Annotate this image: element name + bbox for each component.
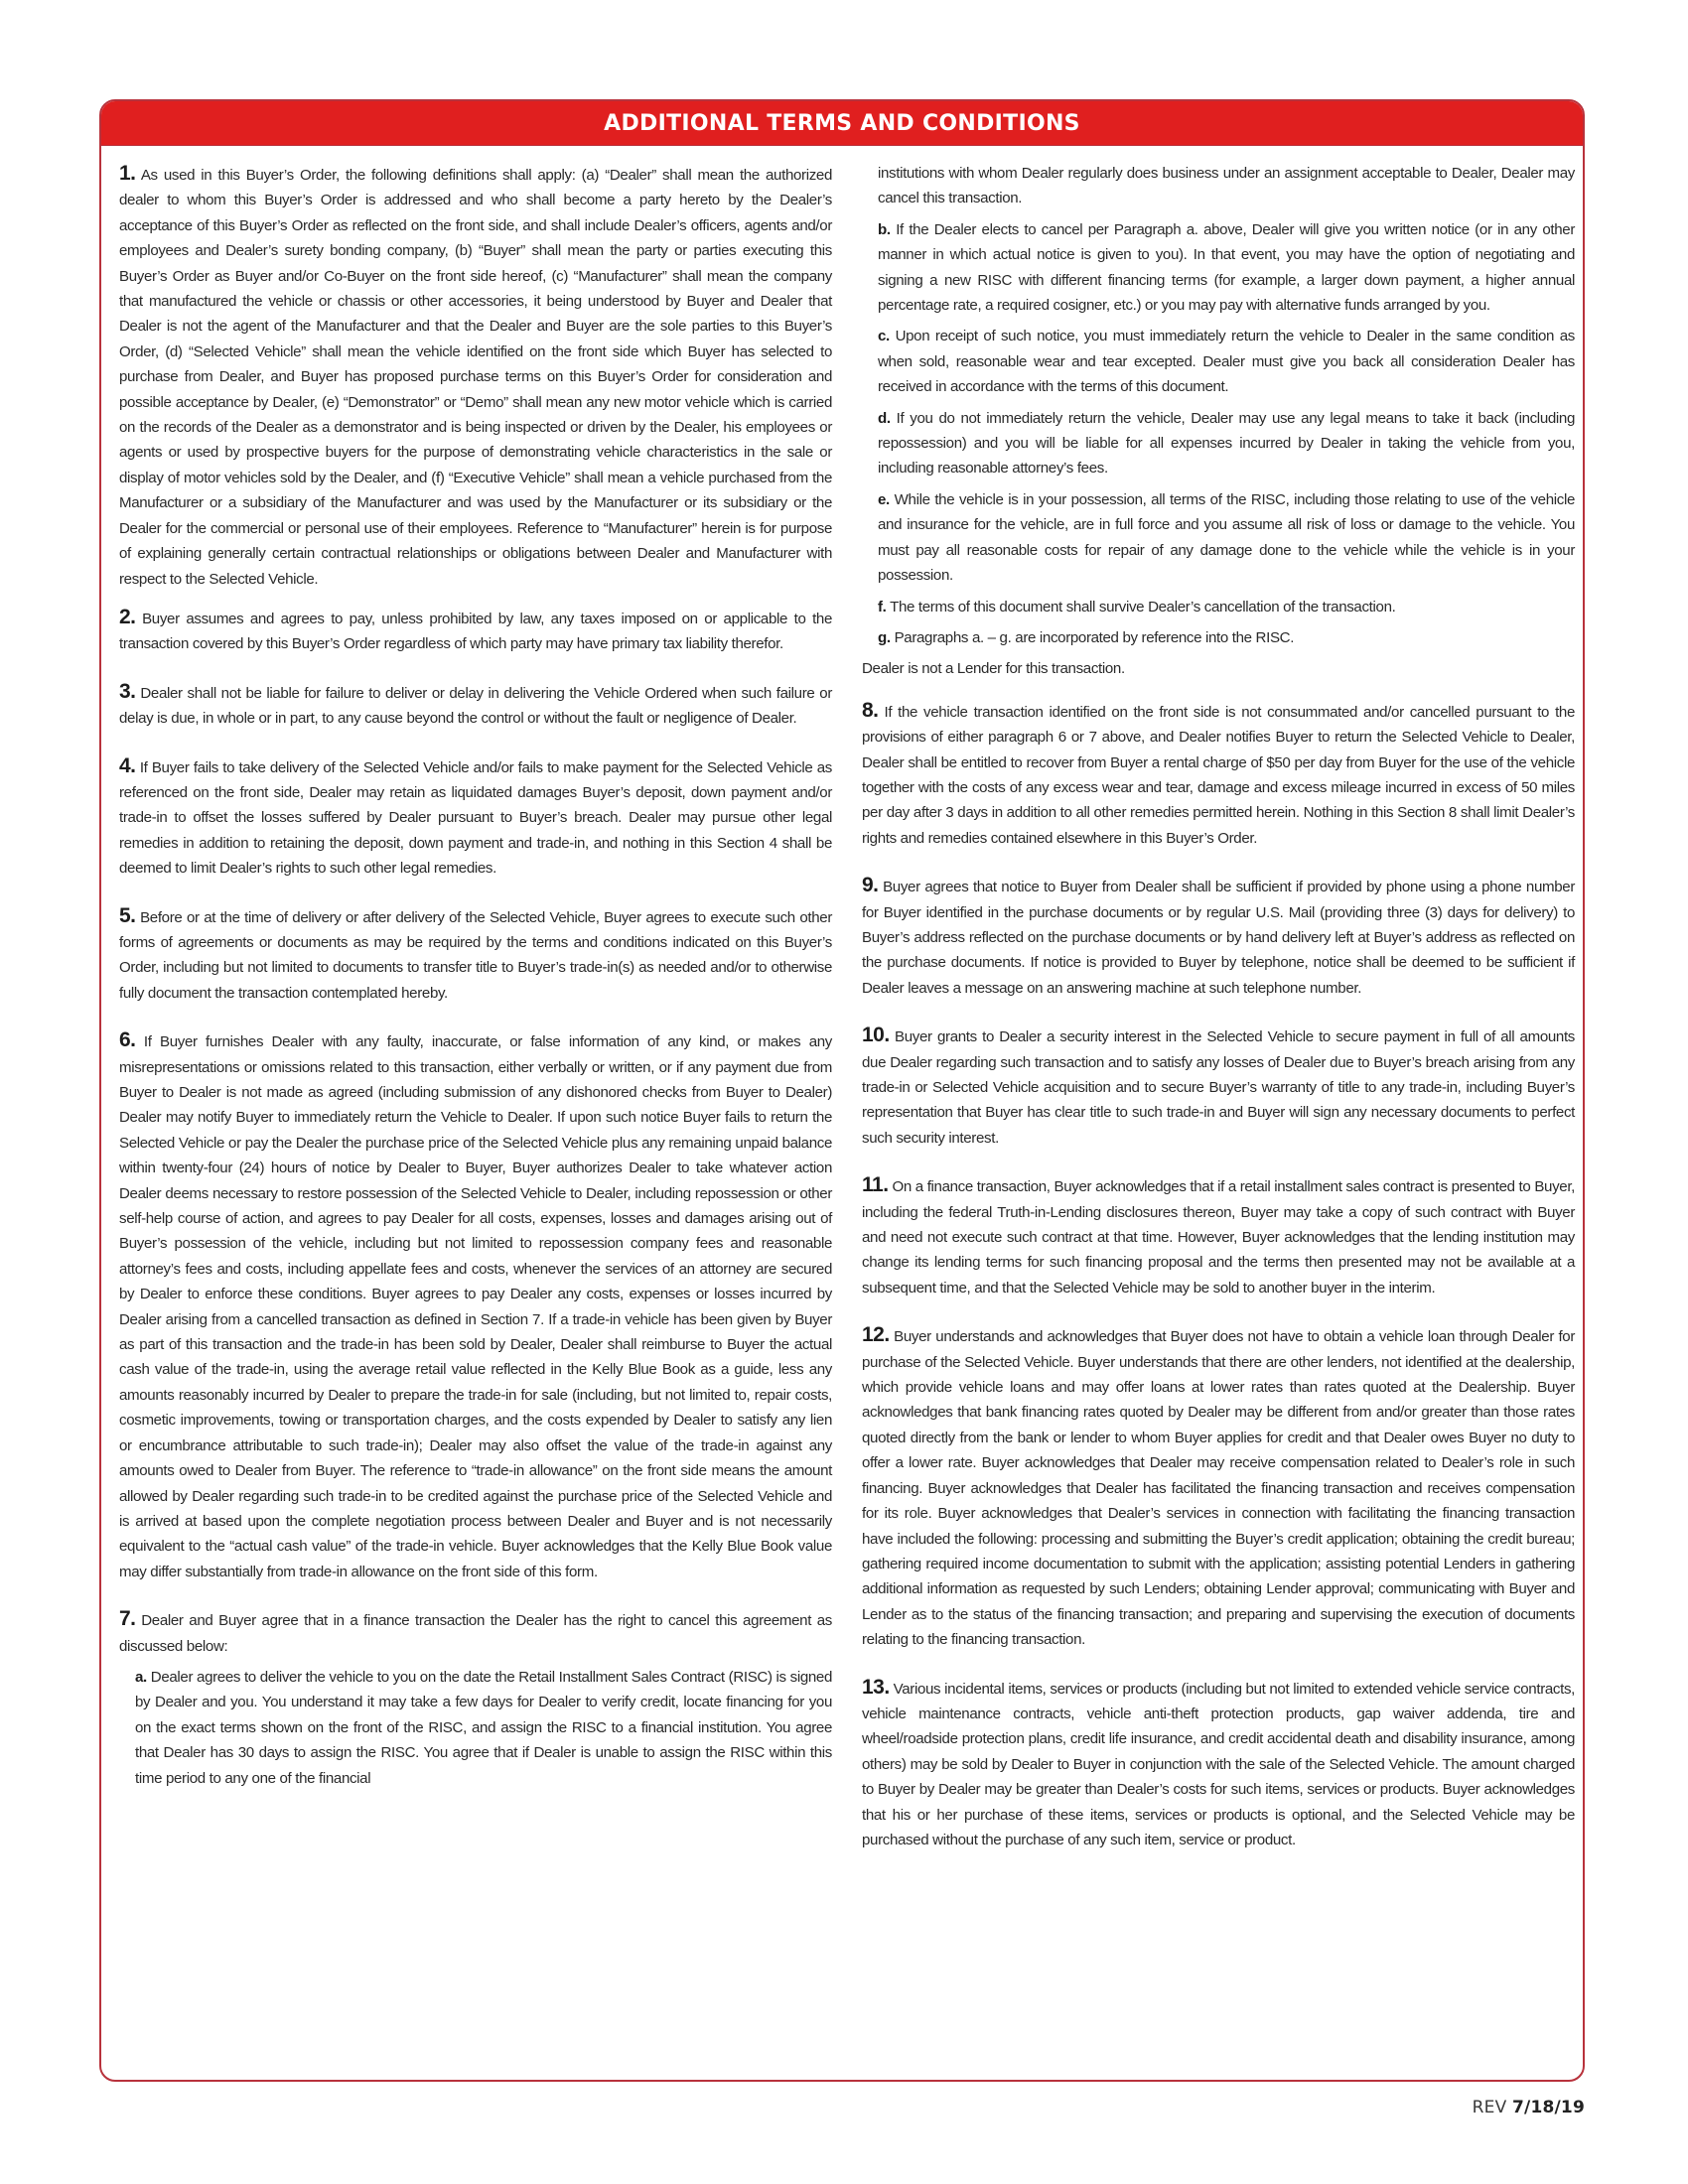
section-text: Buyer agrees that notice to Buyer from D… <box>862 879 1575 997</box>
section-11: 11. On a finance transaction, Buyer ackn… <box>862 1172 1575 1300</box>
section-text: If Buyer fails to take delivery of the S… <box>119 759 832 878</box>
section-text: If the vehicle transaction identified on… <box>862 704 1575 847</box>
left-column: 1. As used in this Buyer’s Order, the fo… <box>119 161 832 1865</box>
sub-letter: d. <box>878 410 891 427</box>
section-text: Buyer assumes and agrees to pay, unless … <box>119 611 832 652</box>
section-4: 4. If Buyer fails to take delivery of th… <box>119 753 832 882</box>
section-number: 6. <box>119 1028 136 1051</box>
section-12: 12. Buyer understands and acknowledges t… <box>862 1322 1575 1652</box>
header-bar: ADDITIONAL TERMS AND CONDITIONS <box>101 101 1583 146</box>
sub-text: Paragraphs a. – g. are incorporated by r… <box>895 629 1295 646</box>
section-7-note: Dealer is not a Lender for this transact… <box>862 656 1575 681</box>
section-text: On a finance transaction, Buyer acknowle… <box>862 1178 1575 1297</box>
sub-letter: c. <box>878 328 890 344</box>
sub-text: Upon receipt of such notice, you must im… <box>878 328 1575 395</box>
section-7-sub-e: e. While the vehicle is in your possessi… <box>862 487 1575 589</box>
section-number: 5. <box>119 904 136 927</box>
section-7-sub-a: a. Dealer agrees to deliver the vehicle … <box>119 1665 832 1791</box>
section-7-sub-g: g. Paragraphs a. – g. are incorporated b… <box>862 625 1575 650</box>
section-number: 2. <box>119 606 136 628</box>
section-text: Buyer grants to Dealer a security intere… <box>862 1028 1575 1147</box>
section-7-sub-b: b. If the Dealer elects to cancel per Pa… <box>862 217 1575 319</box>
section-10: 10. Buyer grants to Dealer a security in… <box>862 1023 1575 1151</box>
terms-columns: 1. As used in this Buyer’s Order, the fo… <box>119 161 1575 1865</box>
sub-text: If the Dealer elects to cancel per Parag… <box>878 221 1575 314</box>
section-13: 13. Various incidental items, services o… <box>862 1675 1575 1853</box>
section-3: 3. Dealer shall not be liable for failur… <box>119 679 832 732</box>
section-7-sub-a-continued: institutions with whom Dealer regularly … <box>862 161 1575 211</box>
section-number: 4. <box>119 754 136 777</box>
section-8: 8. If the vehicle transaction identified… <box>862 698 1575 851</box>
section-number: 1. <box>119 162 136 185</box>
sub-text: The terms of this document shall survive… <box>890 599 1395 615</box>
section-number: 12. <box>862 1323 890 1346</box>
section-number: 13. <box>862 1676 890 1699</box>
terms-frame: ADDITIONAL TERMS AND CONDITIONS 1. As us… <box>99 99 1585 2082</box>
sub-text: While the vehicle is in your possession,… <box>878 491 1575 584</box>
sub-letter: e. <box>878 491 890 508</box>
section-6: 6. If Buyer furnishes Dealer with any fa… <box>119 1027 832 1584</box>
section-9: 9. Buyer agrees that notice to Buyer fro… <box>862 873 1575 1001</box>
section-text: Before or at the time of delivery or aft… <box>119 909 832 1002</box>
sub-letter: a. <box>135 1669 147 1686</box>
revision-date: 7/18/19 <box>1512 2098 1585 2117</box>
section-number: 9. <box>862 874 879 896</box>
sub-text: institutions with whom Dealer regularly … <box>878 165 1575 206</box>
sub-text: If you do not immediately return the veh… <box>878 410 1575 478</box>
section-text: Buyer understands and acknowledges that … <box>862 1328 1575 1648</box>
section-7-sub-d: d. If you do not immediately return the … <box>862 406 1575 481</box>
section-number: 3. <box>119 680 136 703</box>
sub-letter: f. <box>878 599 887 615</box>
sub-text: Dealer agrees to deliver the vehicle to … <box>135 1669 832 1787</box>
section-text: Dealer and Buyer agree that in a finance… <box>119 1612 832 1654</box>
section-text: As used in this Buyer’s Order, the follo… <box>119 167 832 588</box>
section-text: Dealer shall not be liable for failure t… <box>119 685 832 727</box>
section-text: If Buyer furnishes Dealer with any fault… <box>119 1033 832 1580</box>
revision-prefix: REV <box>1473 2098 1507 2117</box>
right-column: institutions with whom Dealer regularly … <box>862 161 1575 1865</box>
revision-label: REV 7/18/19 <box>1473 2098 1585 2117</box>
section-1: 1. As used in this Buyer’s Order, the fo… <box>119 161 832 592</box>
section-7: 7. Dealer and Buyer agree that in a fina… <box>119 1606 832 1659</box>
section-7-sub-c: c. Upon receipt of such notice, you must… <box>862 324 1575 399</box>
section-7-sub-f: f. The terms of this document shall surv… <box>862 595 1575 619</box>
section-number: 7. <box>119 1607 136 1630</box>
sub-letter: b. <box>878 221 891 238</box>
section-5: 5. Before or at the time of delivery or … <box>119 903 832 1007</box>
section-2: 2. Buyer assumes and agrees to pay, unle… <box>119 605 832 657</box>
section-number: 10. <box>862 1024 890 1046</box>
section-number: 8. <box>862 699 879 722</box>
section-text: Various incidental items, services or pr… <box>862 1681 1575 1848</box>
section-number: 11. <box>862 1173 889 1196</box>
page-title: ADDITIONAL TERMS AND CONDITIONS <box>604 111 1080 136</box>
sub-letter: g. <box>878 629 891 646</box>
